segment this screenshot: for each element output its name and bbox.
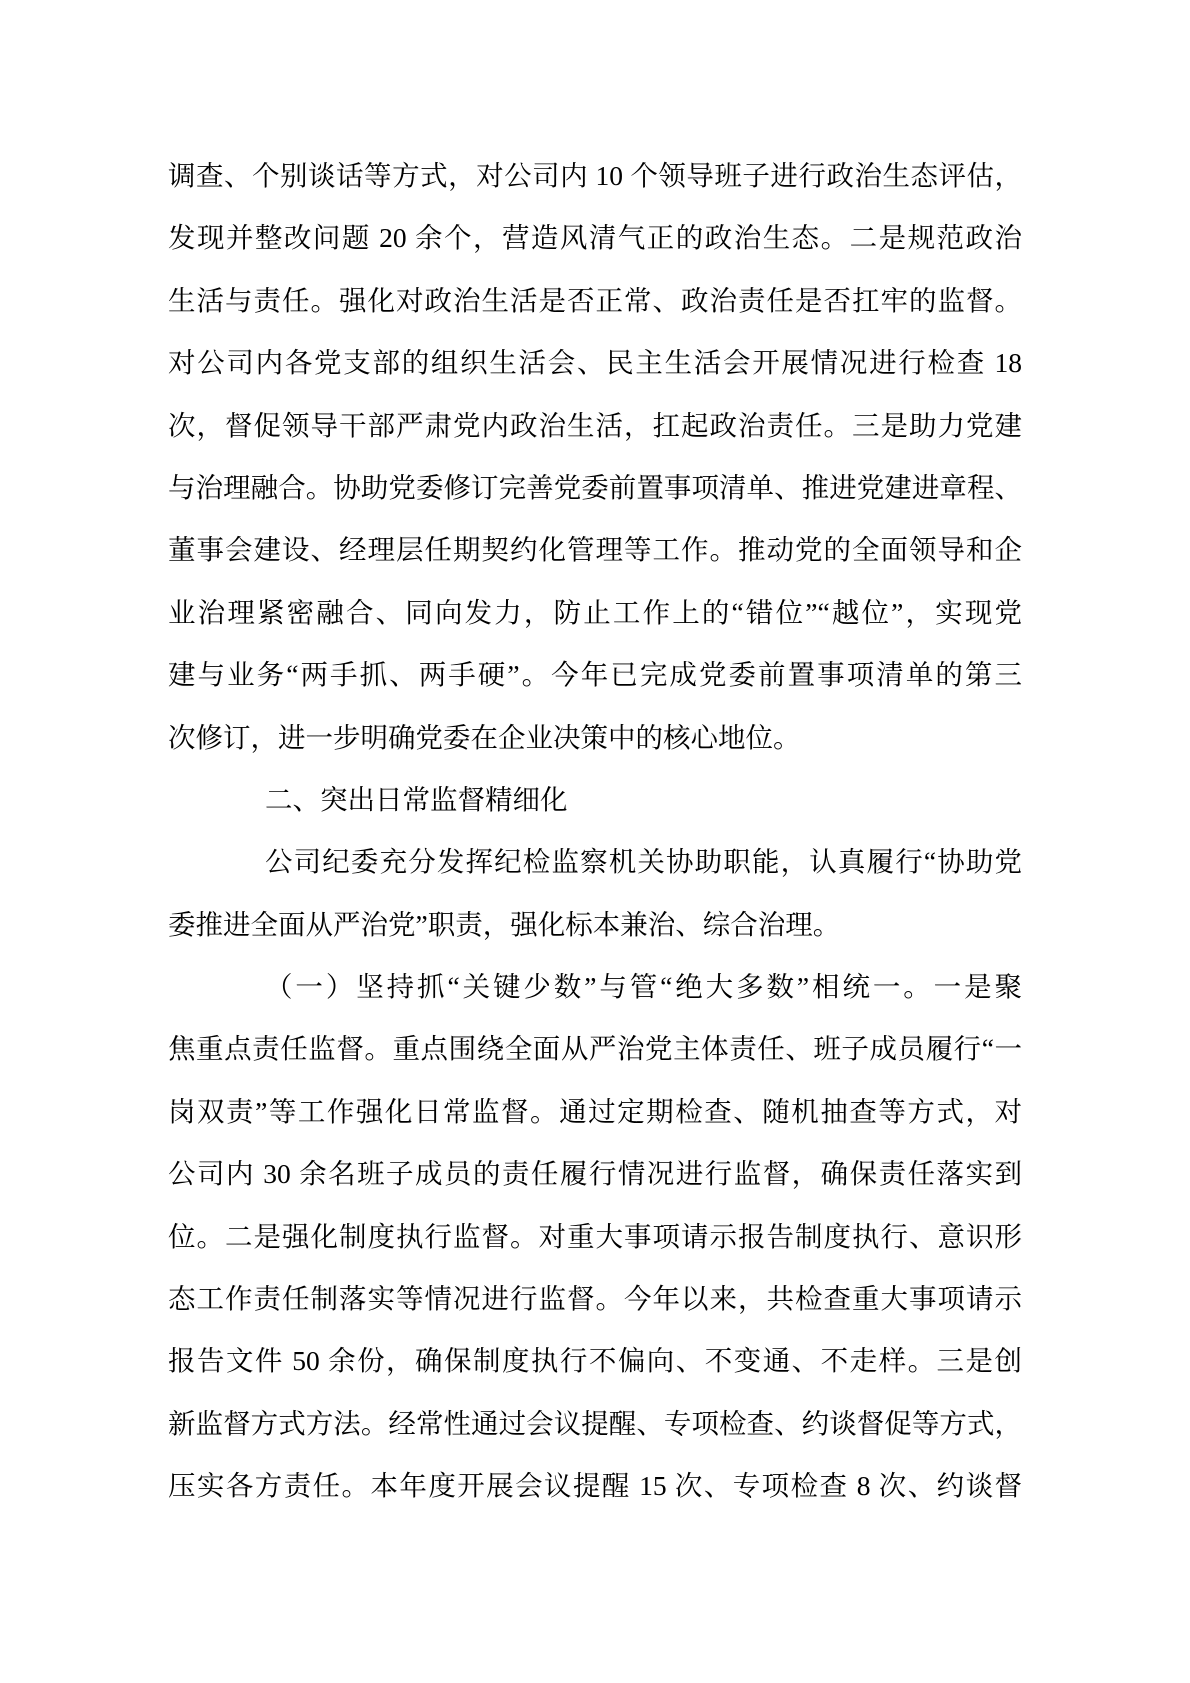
paragraph-line: 建与业务“两手抓、两手硬”。今年已完成党委前置事项清单的第三 [168,644,1022,706]
paragraph-line: 公司内 30 余名班子成员的责任履行情况进行监督，确保责任落实到 [168,1143,1022,1205]
paragraph-line: （一）坚持抓“关键少数”与管“绝大多数”相统一。一是聚 [168,956,1022,1018]
document-body: 调查、个别谈话等方式，对公司内 10 个领导班子进行政治生态评估， 发现并整改问… [168,145,1022,1518]
paragraph-line: 位。二是强化制度执行监督。对重大事项请示报告制度执行、意识形 [168,1206,1022,1268]
paragraph-line: 压实各方责任。本年度开展会议提醒 15 次、专项检查 8 次、约谈督 [168,1455,1022,1517]
paragraph-line: 公司纪委充分发挥纪检监察机关协助职能，认真履行“协助党 [168,831,1022,893]
paragraph-line: 新监督方式方法。经常性通过会议提醒、专项检查、约谈督促等方式， [168,1393,1022,1455]
paragraph-line: 焦重点责任监督。重点围绕全面从严治党主体责任、班子成员履行“一 [168,1018,1022,1080]
paragraph-line: 报告文件 50 余份，确保制度执行不偏向、不变通、不走样。三是创 [168,1330,1022,1392]
paragraph-line: 岗双责”等工作强化日常监督。通过定期检查、随机抽查等方式，对 [168,1081,1022,1143]
section-heading: 二、突出日常监督精细化 [168,769,1022,831]
paragraph-line: 发现并整改问题 20 余个，营造风清气正的政治生态。二是规范政治 [168,207,1022,269]
paragraph-last-line: 次修订，进一步明确党委在企业决策中的核心地位。 [168,707,1022,769]
paragraph-last-line: 委推进全面从严治党”职责，强化标本兼治、综合治理。 [168,894,1022,956]
document-page: 调查、个别谈话等方式，对公司内 10 个领导班子进行政治生态评估， 发现并整改问… [0,0,1190,1683]
paragraph-line: 对公司内各党支部的组织生活会、民主生活会开展情况进行检查 18 [168,332,1022,394]
paragraph-line: 业治理紧密融合、同向发力，防止工作上的“错位”“越位”，实现党 [168,582,1022,644]
paragraph-line: 次，督促领导干部严肃党内政治生活，扛起政治责任。三是助力党建 [168,395,1022,457]
paragraph-line: 董事会建设、经理层任期契约化管理等工作。推动党的全面领导和企 [168,519,1022,581]
paragraph-line: 生活与责任。强化对政治生活是否正常、政治责任是否扛牢的监督。 [168,270,1022,332]
paragraph-line: 与治理融合。协助党委修订完善党委前置事项清单、推进党建进章程、 [168,457,1022,519]
paragraph-line: 调查、个别谈话等方式，对公司内 10 个领导班子进行政治生态评估， [168,145,1022,207]
paragraph-line: 态工作责任制落实等情况进行监督。今年以来，共检查重大事项请示 [168,1268,1022,1330]
